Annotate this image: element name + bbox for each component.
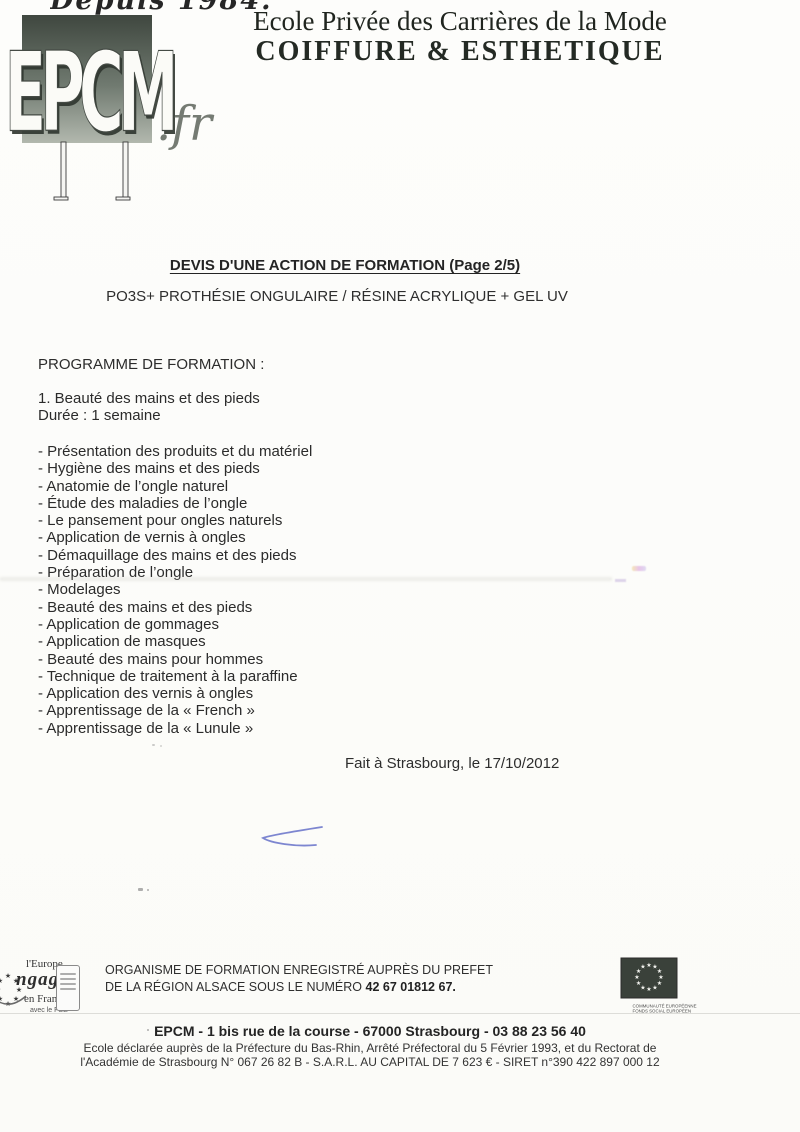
program-list-item: - Apprentissage de la « Lunule » [38,720,458,737]
program-list-item: - Présentation des produits et du matéri… [38,443,458,460]
svg-text:★: ★ [636,980,641,987]
program-duration: Durée : 1 semaine [38,407,161,424]
program-list-item: - Application de vernis à ongles [38,529,458,546]
school-name: Ecole Privée des Carrières de la Mode [230,6,690,37]
program-item-list: - Présentation des produits et du matéri… [38,443,458,737]
program-list-item: - Préparation de l’ongle [38,564,458,581]
scan-fold-line [0,1013,800,1014]
scan-speck [147,889,149,891]
program-heading: PROGRAMME DE FORMATION : [38,356,264,373]
svg-text:★: ★ [5,972,11,980]
logo-fr-suffix: .fr [156,96,215,152]
document-subtitle: PO3S+ PROTHÉSIE ONGULAIRE / RÉSINE ACRYL… [97,288,577,305]
program-list-item: - Démaquillage des mains et des pieds [38,547,458,564]
epcm-logo: EPCM EPCM .fr [8,12,233,217]
footer-legal-line2: l'Académie de Strasbourg N° 067 26 82 B … [30,1055,710,1069]
program-list-item: - Beauté des mains et des pieds [38,599,458,616]
handwritten-pen-mark [248,816,332,861]
program-list-item: - Technique de traitement à la paraffine [38,668,458,685]
svg-text:★: ★ [652,984,657,991]
eu-flag-logo: ★★★ ★★★ ★★★ ★★★ COMMUNAUTÉ EUROPÉENNE FO… [619,957,679,1017]
program-list-item: - Modelages [38,581,458,598]
svg-text:★: ★ [0,977,3,985]
scanned-document-page: Depuis 1984... EPCM EPCM [0,0,800,1132]
scan-speck [152,744,155,746]
svg-text:★: ★ [646,962,651,969]
svg-text:★: ★ [634,974,639,981]
program-list-item: - Hygiène des mains et des pieds [38,460,458,477]
school-subtitle: COIFFURE & ESTHETIQUE [230,36,690,68]
program-list-item: - Étude des maladies de l’ongle [38,495,458,512]
program-list-item: - Beauté des mains pour hommes [38,651,458,668]
epcm-logo-graphic: EPCM EPCM .fr [8,12,233,212]
footer-legal-line1: Ecole déclarée auprès de la Préfecture d… [30,1041,710,1055]
program-list-item: - Application de masques [38,633,458,650]
svg-text:EPCM: EPCM [8,28,173,156]
scan-artifact-smudge [632,566,646,571]
esf-side-box [56,965,80,1011]
scan-speck [138,888,143,891]
logo-letters: EPCM EPCM [8,28,175,160]
program-module-title: 1. Beauté des mains et des pieds [38,390,260,407]
program-list-item: - Application des vernis à ongles [38,685,458,702]
eu-flag-icon: ★★★ ★★★ ★★★ ★★★ [620,957,678,999]
registration-line1: ORGANISME DE FORMATION ENREGISTRÉ AUPRÈS… [105,962,525,979]
svg-text:★: ★ [640,964,645,971]
program-list-item: - Anatomie de l’ongle naturel [38,478,458,495]
document-title: DEVIS D'UNE ACTION DE FORMATION (Page 2/… [100,257,590,274]
scan-speck [160,745,162,747]
scan-artifact-smudge [615,579,626,582]
program-list-item: - Application de gommages [38,616,458,633]
svg-text:★: ★ [0,986,1,994]
registration-number: 42 67 01812 67. [366,980,456,994]
footer-address-line: EPCM - 1 bis rue de la course - 67000 St… [60,1023,680,1039]
registration-line2: DE LA RÉGION ALSACE SOUS LE NUMÉRO 42 67… [105,979,525,996]
signature-date-line: Fait à Strasbourg, le 17/10/2012 [345,755,559,772]
svg-text:★: ★ [646,986,651,993]
program-list-item: - Le pansement pour ongles naturels [38,512,458,529]
program-list-item: - Apprentissage de la « French » [38,702,458,719]
registration-statement: ORGANISME DE FORMATION ENREGISTRÉ AUPRÈS… [105,962,525,995]
